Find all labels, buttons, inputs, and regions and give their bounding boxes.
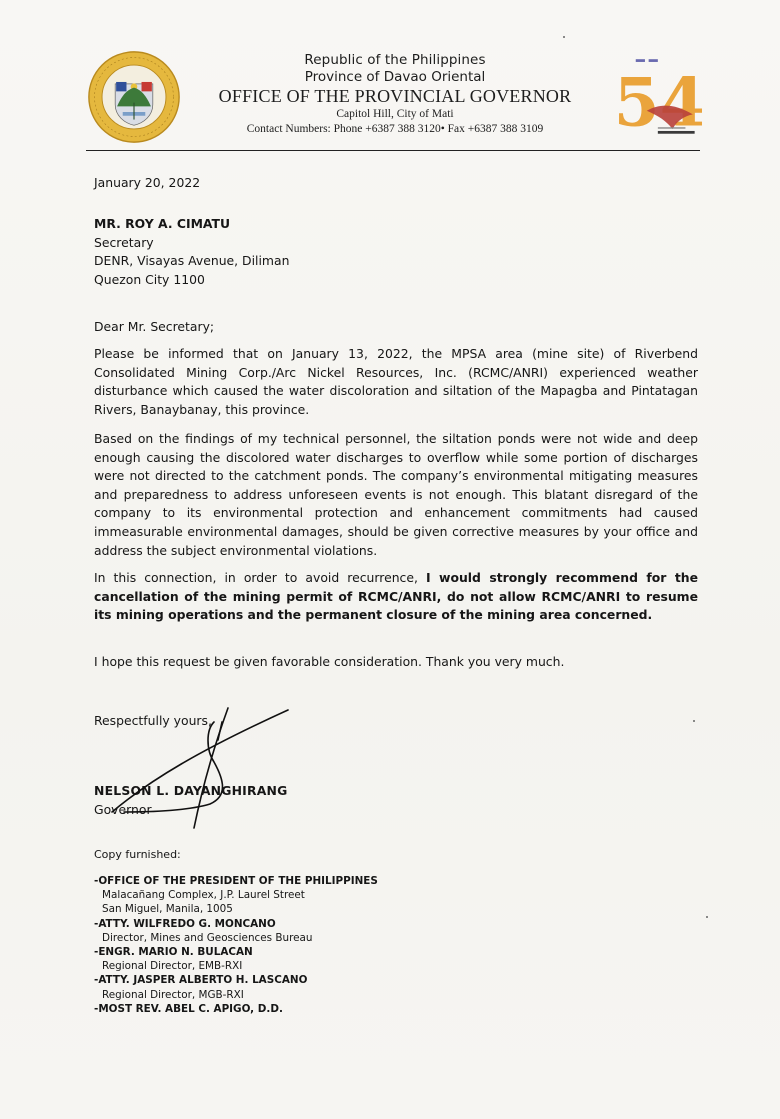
recipient-block: MR. ROY A. CIMATU Secretary DENR, Visaya… (94, 215, 289, 289)
cf-entry-detail: Malacañang Complex, J.P. Laurel Street (94, 888, 378, 902)
letterhead-province: Province of Davao Oriental (200, 69, 590, 86)
cf-entry-detail: Regional Director, EMB-RXI (94, 959, 378, 973)
scan-speck (693, 720, 695, 722)
signer-title: Governor (94, 801, 287, 820)
copy-furnished-label: Copy furnished: (94, 848, 181, 862)
body-paragraph-2: Based on the findings of my technical pe… (94, 430, 698, 560)
anniversary-number: 54 (614, 63, 702, 141)
letterhead-contacts: Contact Numbers: Phone +6387 388 3120• F… (200, 122, 590, 137)
recipient-title: Secretary (94, 234, 289, 253)
cf-entry-name: -ENGR. MARIO N. BULACAN (94, 945, 378, 959)
cf-entry-name: -OFFICE OF THE PRESIDENT OF THE PHILIPPI… (94, 874, 378, 888)
cf-entry-name: -MOST REV. ABEL C. APIGO, D.D. (94, 1002, 378, 1016)
signer-block: NELSON L. DAYANGHIRANG Governor (94, 782, 287, 819)
complimentary-close: Respectfully yours, (94, 712, 212, 731)
letterhead-office: OFFICE OF THE PROVINCIAL GOVERNOR (200, 86, 590, 107)
recommendation-paragraph: In this connection, in order to avoid re… (94, 569, 698, 625)
letterhead-divider (86, 150, 700, 151)
cf-entry-detail: Director, Mines and Geosciences Bureau (94, 931, 378, 945)
letterhead-republic: Republic of the Philippines (200, 52, 590, 69)
body-paragraph-1: Please be informed that on January 13, 2… (94, 345, 698, 419)
cf-entry-name: -ATTY. WILFREDO G. MONCANO (94, 917, 378, 931)
anniversary-logo-icon: 54 (610, 50, 702, 142)
closing-paragraph: I hope this request be given favorable c… (94, 653, 698, 672)
cf-entry-detail: Regional Director, MGB-RXI (94, 988, 378, 1002)
recommendation-lead: In this connection, in order to avoid re… (94, 570, 426, 585)
scan-speck (563, 36, 565, 38)
provincial-seal-icon (87, 50, 181, 144)
signer-name: NELSON L. DAYANGHIRANG (94, 782, 287, 801)
letter-date: January 20, 2022 (94, 174, 200, 193)
recipient-address-line2: Quezon City 1100 (94, 271, 289, 290)
letter-page: Republic of the Philippines Province of … (0, 0, 780, 1119)
recipient-name: MR. ROY A. CIMATU (94, 215, 289, 234)
letterhead-address: Capitol Hill, City of Mati (200, 107, 590, 122)
letterhead: Republic of the Philippines Province of … (200, 52, 590, 137)
salutation: Dear Mr. Secretary; (94, 318, 214, 337)
recipient-address-line1: DENR, Visayas Avenue, Diliman (94, 252, 289, 271)
cf-entry-detail: San Miguel, Manila, 1005 (94, 902, 378, 916)
cf-entry-name: -ATTY. JASPER ALBERTO H. LASCANO (94, 973, 378, 987)
copy-furnished-list: -OFFICE OF THE PRESIDENT OF THE PHILIPPI… (94, 874, 378, 1016)
scan-speck (706, 916, 708, 918)
